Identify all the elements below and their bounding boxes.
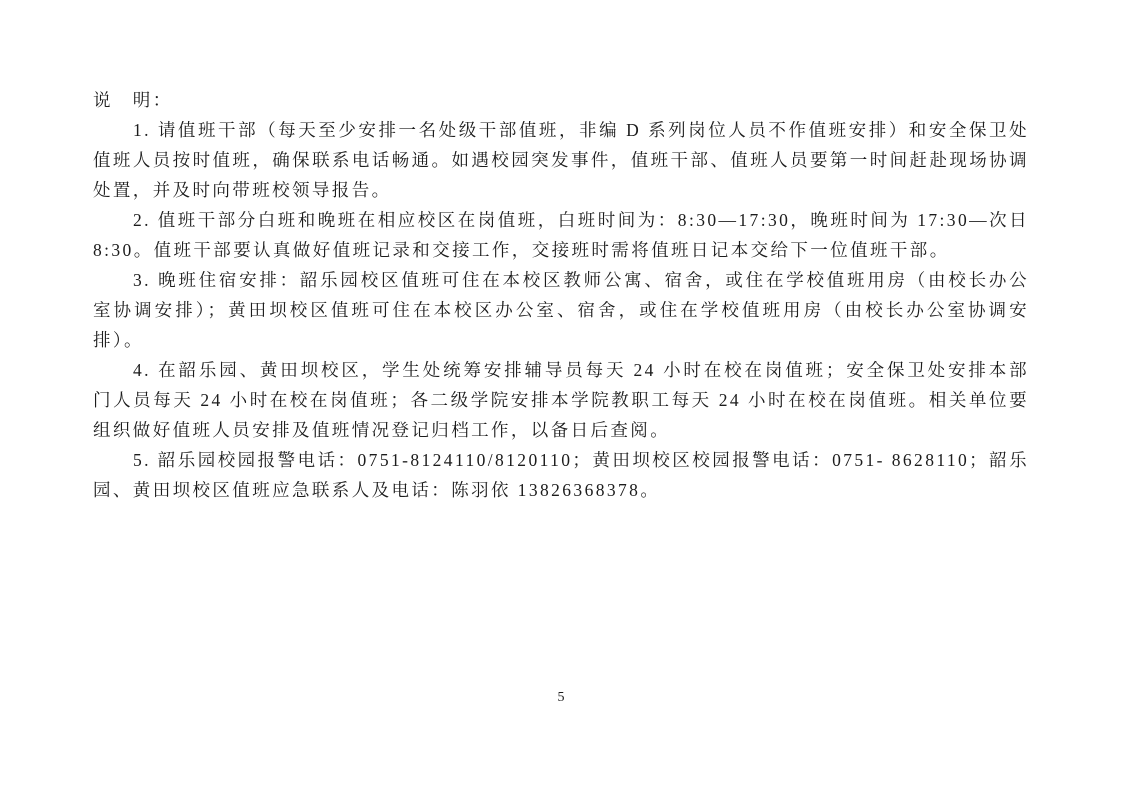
notes-heading: 说 明： bbox=[93, 85, 1029, 115]
note-paragraph-1: 1. 请值班干部（每天至少安排一名处级干部值班，非编 D 系列岗位人员不作值班安… bbox=[93, 115, 1029, 205]
note-paragraph-4: 4. 在韶乐园、黄田坝校区，学生处统筹安排辅导员每天 24 小时在校在岗值班；安… bbox=[93, 355, 1029, 445]
document-page: 说 明： 1. 请值班干部（每天至少安排一名处级干部值班，非编 D 系列岗位人员… bbox=[0, 0, 1122, 793]
note-paragraph-2: 2. 值班干部分白班和晚班在相应校区在岗值班，白班时间为：8:30—17:30，… bbox=[93, 205, 1029, 265]
note-paragraph-3: 3. 晚班住宿安排：韶乐园校区值班可住在本校区教师公寓、宿舍，或住在学校值班用房… bbox=[93, 265, 1029, 355]
page-number: 5 bbox=[0, 690, 1122, 706]
document-body: 说 明： 1. 请值班干部（每天至少安排一名处级干部值班，非编 D 系列岗位人员… bbox=[93, 85, 1029, 505]
note-paragraph-5: 5. 韶乐园校园报警电话：0751-8124110/8120110；黄田坝校区校… bbox=[93, 445, 1029, 505]
